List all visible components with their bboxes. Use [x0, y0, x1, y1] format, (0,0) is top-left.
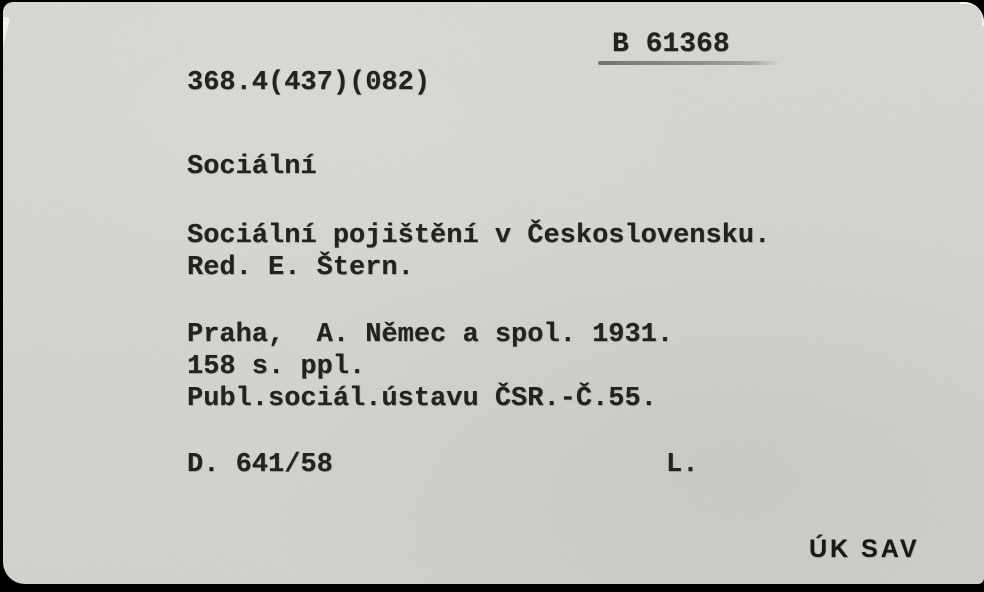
- imprint-line: Praha, A. Němec a spol. 1931.: [187, 320, 673, 350]
- collation-line: 158 s. ppl.: [187, 352, 365, 382]
- subject-heading: Sociální: [187, 152, 317, 182]
- classification-number: 368.4(437)(082): [187, 68, 430, 98]
- series-statement: Publ.sociál.ústavu ČSR.-Č.55.: [187, 384, 657, 414]
- corner-highlight-top-left: [3, 16, 10, 68]
- accession-underline: [598, 61, 780, 65]
- paper-grain-texture: [3, 2, 984, 584]
- record-number: D. 641/58: [187, 450, 333, 480]
- cataloger-mark: L.: [666, 450, 698, 480]
- editor-statement: Red. E. Štern.: [187, 253, 414, 283]
- scan-background: B 61368 368.4(437)(082) Sociální Sociáln…: [0, 0, 984, 592]
- title-line: Sociální pojištění v Československu.: [187, 221, 770, 251]
- library-stamp: ÚK SAV: [809, 535, 920, 564]
- accession-number: B 61368: [612, 30, 730, 60]
- catalog-card: B 61368 368.4(437)(082) Sociální Sociáln…: [3, 2, 984, 584]
- corner-highlight-top-right: [960, 2, 984, 26]
